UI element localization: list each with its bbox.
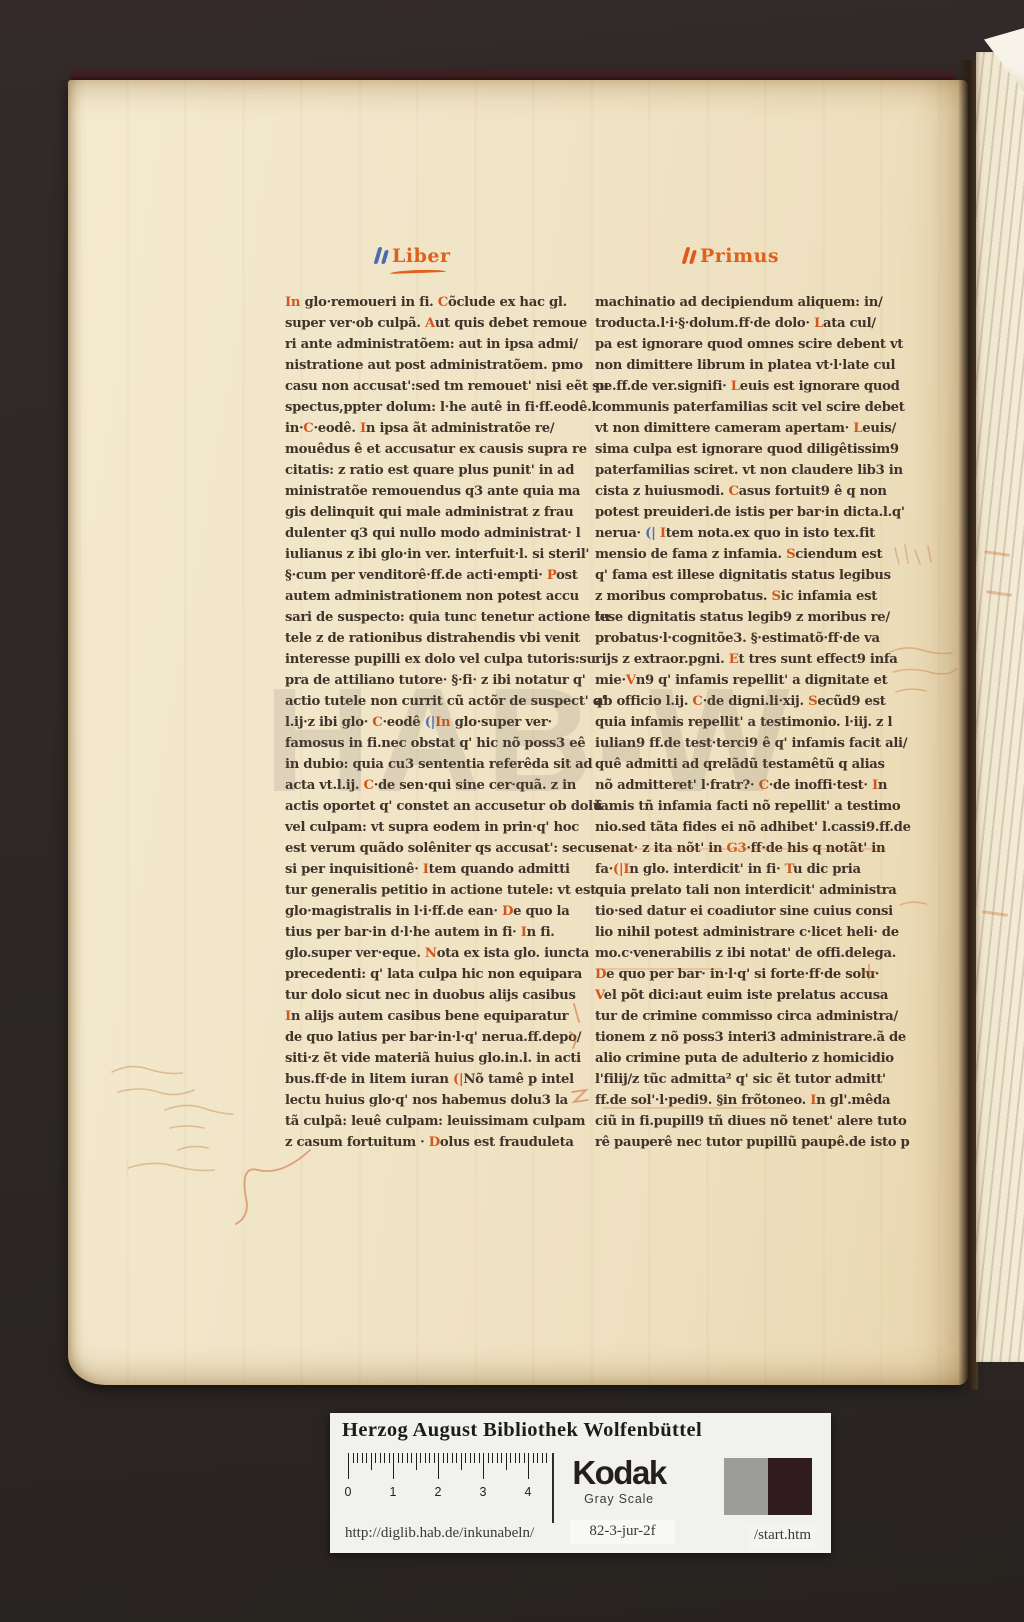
text-line: glo·magistralis in l·i·ff.de ean· De quo… <box>285 901 581 922</box>
ruler-tick <box>474 1453 475 1463</box>
text-line: famosus in fi.nec obstat q' hic nõ poss3… <box>285 733 581 754</box>
ruler-numbers: 01234 <box>346 1485 558 1501</box>
ruler-tick <box>407 1453 408 1463</box>
text-line: tur de crimine commisso circa administra… <box>595 1006 897 1027</box>
text-line: super ver·ob culpã. Aut quis debet remou… <box>285 313 581 334</box>
text-line: pra de attiliano tutore· §·fi· z ibi not… <box>285 670 581 691</box>
text-line: vt non dimittere cameram apertam· Leuis/ <box>595 418 897 439</box>
text-line: famis tñ infamia facti nõ repellit' a te… <box>595 796 897 817</box>
library-name: Herzog August Bibliothek Wolfenbüttel <box>342 1419 822 1442</box>
text-line: precedenti: q' lata culpa hic non equipa… <box>285 964 581 985</box>
text-line: machinatio ad decipiendum aliquem: in/ <box>595 292 897 313</box>
text-line: potest preuideri.de istis per bar·in dic… <box>595 502 897 523</box>
ruler-tick <box>371 1453 372 1470</box>
text-line: glo.super ver·eque. Nota ex ista glo. iu… <box>285 943 581 964</box>
ruler-tick <box>375 1453 376 1463</box>
text-line: rê pauperê nec tutor pupillũ paupê.de is… <box>595 1132 897 1153</box>
text-line: lectu huius glo·q' nos habemus dolu3 la <box>285 1090 581 1111</box>
ruler-tick <box>398 1453 399 1463</box>
ruler-tick <box>429 1453 430 1463</box>
text-line: de quo latius per bar·in·l·q' nerua.ff.d… <box>285 1027 581 1048</box>
text-line: tur generalis petitio in actione tutele:… <box>285 880 581 901</box>
ruler-tick <box>470 1453 471 1463</box>
text-line: ri ante administratõem: aut in ipsa admi… <box>285 334 581 355</box>
running-title-right-text: Primus <box>698 246 779 266</box>
ruler-ticks <box>346 1453 558 1481</box>
text-line: In alijs autem casibus bene equiparatur <box>285 1006 581 1027</box>
text-line: nõ admitteret' l·fratr?· C·de inoffi·tes… <box>595 775 897 796</box>
ruler-tick <box>542 1453 543 1463</box>
text-line: paterfamilias sciret. vt non claudere li… <box>595 460 897 481</box>
column-right: machinatio ad decipiendum aliquem: in/tr… <box>595 292 897 1153</box>
ruler-tick <box>425 1453 426 1463</box>
ruler-tick <box>389 1453 390 1463</box>
text-line: alio crimine puta de adulterio z homicid… <box>595 1048 897 1069</box>
rubric-underline <box>390 269 446 274</box>
ruler-tick <box>519 1453 520 1463</box>
text-line: casu non accusat':sed tm remouet' nisi e… <box>285 376 581 397</box>
text-line: tã culpã: leuê culpam: leuissimam culpam <box>285 1111 581 1132</box>
text-line: est verum quãdo solêniter qs accusat': s… <box>285 838 581 859</box>
text-line: quê admitti ad qrelãdũ testamêtũ q alias <box>595 754 897 775</box>
text-line: l'filij/z tũc admitta² q' sic ẽt tutor a… <box>595 1069 897 1090</box>
text-line: tio·sed datur ei coadiutor sine cuius co… <box>595 901 897 922</box>
adjacent-page-edge <box>976 52 1024 1362</box>
ruler-number: 2 <box>430 1485 446 1499</box>
text-line: si per inquisitionê· Item quando admitti <box>285 859 581 880</box>
text-line: ff.de sol'·l·pedi9. §in frõtoneo. In gl'… <box>595 1090 897 1111</box>
text-line: citatis: z ratio est quare plus punit' i… <box>285 460 581 481</box>
ruler-tick <box>461 1453 462 1470</box>
text-line: De quo per bar· in·l·q' si forte·ff·de s… <box>595 964 897 985</box>
text-line: gis delinquit qui male administrat z fra… <box>285 502 581 523</box>
text-line: actis oportet q' constet an accusetur ob… <box>285 796 581 817</box>
ruler-tick <box>479 1453 480 1463</box>
text-line: tur dolo sicut nec in duobus alijs casib… <box>285 985 581 1006</box>
text-line: troducta.l·i·§·dolum.ff·de dolo· Lata cu… <box>595 313 897 334</box>
running-title-left-text: Liber <box>390 246 450 266</box>
text-line: nistratione aut post administratõem. pmo <box>285 355 581 376</box>
text-line: cista z huiusmodi. Casus fortuit9 ê q no… <box>595 481 897 502</box>
text-line: actio tutele non currit cũ actõr de susp… <box>285 691 581 712</box>
ruler-tick <box>366 1453 367 1463</box>
ruler-number: 3 <box>475 1485 491 1499</box>
text-line: nerua· (| Item nota.ex quo in isto tex.f… <box>595 523 897 544</box>
bleed-mark <box>982 910 1008 917</box>
running-title: Liber Primus <box>68 246 968 276</box>
text-line: lese dignitatis status legib9 z moribus … <box>595 607 897 628</box>
text-line: in·C·eodê. In ipsa ãt administratõe re/ <box>285 418 581 439</box>
text-line: fa·(|In glo. interdicit' in fi· Tu dic p… <box>595 859 897 880</box>
text-line: sari de suspecto: quia tunc tenetur acti… <box>285 607 581 628</box>
text-line: sima culpa est ignorare quod diligêtissi… <box>595 439 897 460</box>
ruler: 01234 <box>346 1453 558 1525</box>
running-title-liber: Liber <box>376 246 450 266</box>
text-line: nio.sed tãta fides ei nõ adhibet' l.cass… <box>595 817 897 838</box>
text-line: mouêdus ê et accusatur ex causis supra r… <box>285 439 581 460</box>
photo-backdrop: Liber Primus In glo·remoueri in fi. Cõcl… <box>0 0 1024 1622</box>
text-line: iulian9 ff.de test·terci9 ê q' infamis f… <box>595 733 897 754</box>
text-line: quia prelato tali non interdicit' admini… <box>595 880 897 901</box>
ruler-tick <box>492 1453 493 1463</box>
text-line: autem administrationem non potest accu <box>285 586 581 607</box>
ruler-tick <box>420 1453 421 1463</box>
start-page-path: /start.htm <box>748 1525 815 1550</box>
text-line: dulenter q3 qui nullo modo administrat· … <box>285 523 581 544</box>
text-line: z moribus comprobatus. Sic infamia est <box>595 586 897 607</box>
bleed-mark <box>984 550 1010 557</box>
text-line: probatus·l·cognitõe3. §·estimatõ·ff·de v… <box>595 628 897 649</box>
ruler-tick <box>497 1453 498 1463</box>
text-line: z casum fortuitum · Dolus est frauduleta <box>285 1132 581 1153</box>
ruler-tick <box>353 1453 354 1463</box>
ruler-tick <box>402 1453 403 1463</box>
ruler-tick <box>488 1453 489 1463</box>
ruler-tick <box>515 1453 516 1463</box>
text-line: Vel põt dici:aut euim iste prelatus accu… <box>595 985 897 1006</box>
text-line: tele z de rationibus distrahendis vbi ve… <box>285 628 581 649</box>
text-line: rijs z extraor.pgni. Et tres sunt effect… <box>595 649 897 670</box>
text-line: spectus,ppter dolum: l·he autê in fi·ff.… <box>285 397 581 418</box>
ruler-tick <box>380 1453 381 1463</box>
column-left: In glo·remoueri in fi. Cõclude ex hac gl… <box>285 292 581 1153</box>
ruler-end-bar <box>552 1453 554 1523</box>
ruler-tick <box>510 1453 511 1463</box>
ruler-tick <box>434 1453 435 1463</box>
ruler-tick <box>501 1453 502 1463</box>
kodak-block: Kodak Gray Scale <box>560 1455 678 1506</box>
ruler-tick <box>452 1453 453 1463</box>
text-line: l.ij·z ibi glo· C·eodê (|In glo·super ve… <box>285 712 581 733</box>
text-line: lio nihil potest administrare c·licet he… <box>595 922 897 943</box>
text-line: acta vt.l.ij. C·de sen·qui sine cer·quã.… <box>285 775 581 796</box>
text-line: interesse pupilli ex dolo vel culpa tuto… <box>285 649 581 670</box>
text-line: siti·z ẽt vide materiã huius glo.in.l. i… <box>285 1048 581 1069</box>
ruler-tick <box>447 1453 448 1463</box>
ruler-tick <box>533 1453 534 1463</box>
ruler-tick <box>362 1453 363 1463</box>
text-line: communis paterfamilias scit vel scire de… <box>595 397 897 418</box>
gray-scale-label: Gray Scale <box>560 1492 678 1506</box>
shelfmark: 82-3-jur-2f <box>570 1520 675 1544</box>
ruler-number: 0 <box>340 1485 356 1499</box>
running-title-primus: Primus <box>684 246 779 266</box>
paragraph-mark-red-icon <box>689 250 697 264</box>
ruler-tick <box>528 1453 529 1479</box>
ruler-number: 1 <box>385 1485 401 1499</box>
ruler-tick <box>506 1453 507 1470</box>
manuscript-page: Liber Primus In glo·remoueri in fi. Cõcl… <box>68 80 968 1385</box>
text-line: mo.c·venerabilis z ibi notat' de offi.de… <box>595 943 897 964</box>
text-line: senat· z ita nõt' in G3·ff·de his q notã… <box>595 838 897 859</box>
text-line: q' fama est illese dignitatis status leg… <box>595 565 897 586</box>
text-line: tius per bar·in d·l·he autem in fi· In f… <box>285 922 581 943</box>
text-line: mie·Vn9 q' infamis repellit' a dignitate… <box>595 670 897 691</box>
paragraph-mark-blue-icon <box>381 250 389 264</box>
ruler-tick <box>357 1453 358 1463</box>
ruler-tick <box>537 1453 538 1463</box>
text-line: vel culpam: vt supra eodem in prin·q' ho… <box>285 817 581 838</box>
ruler-tick <box>411 1453 412 1463</box>
ruler-tick <box>438 1453 439 1479</box>
ruler-tick <box>416 1453 417 1470</box>
gray-scale-patch-mid <box>724 1458 768 1515</box>
text-line: quia infamis repellit' a testimonio. l·i… <box>595 712 897 733</box>
source-url: http://diglib.hab.de/inkunabeln/ <box>345 1525 534 1542</box>
text-line: mensio de fama z infamia. Sciendum est <box>595 544 897 565</box>
text-line: non dimittere librum in platea vt·l·late… <box>595 355 897 376</box>
text-line: ministratõe remouendus q3 ante quia ma <box>285 481 581 502</box>
text-line: in dubio: quia cu3 sententia referêda si… <box>285 754 581 775</box>
text-line: ab officio l.ij. C·de digni.li·xij. Secũ… <box>595 691 897 712</box>
ruler-tick <box>393 1453 394 1479</box>
text-line: bus.ff·de in litem iuran (|Nõ tamê p int… <box>285 1069 581 1090</box>
ruler-tick <box>483 1453 484 1479</box>
kodak-logo: Kodak <box>560 1455 678 1491</box>
text-line: §·cum per venditorê·ff.de acti·empti· Po… <box>285 565 581 586</box>
book-gutter-shadow <box>958 60 978 1390</box>
scale-reference-card: Herzog August Bibliothek Wolfenbüttel 01… <box>330 1413 831 1553</box>
ruler-tick <box>348 1453 349 1479</box>
text-line: pa est ignorare quod omnes scire debent … <box>595 334 897 355</box>
ruler-tick <box>384 1453 385 1463</box>
ruler-tick <box>456 1453 457 1463</box>
text-line: ciũ in fi.pupill9 tñ diues nõ tenet' ale… <box>595 1111 897 1132</box>
ruler-tick <box>524 1453 525 1463</box>
ruler-number: 4 <box>520 1485 536 1499</box>
text-line: iulianus z ibi glo·in ver. interfuit·l. … <box>285 544 581 565</box>
gray-scale-patch-dark <box>768 1458 812 1515</box>
text-line: pe.ff.de ver.signifi· Leuis est ignorare… <box>595 376 897 397</box>
ruler-tick <box>546 1453 547 1463</box>
text-line: tionem z nõ poss3 interi3 administrare.ã… <box>595 1027 897 1048</box>
text-line: In glo·remoueri in fi. Cõclude ex hac gl… <box>285 292 581 313</box>
ruler-tick <box>443 1453 444 1463</box>
bleed-mark <box>986 590 1012 597</box>
ruler-tick <box>465 1453 466 1463</box>
